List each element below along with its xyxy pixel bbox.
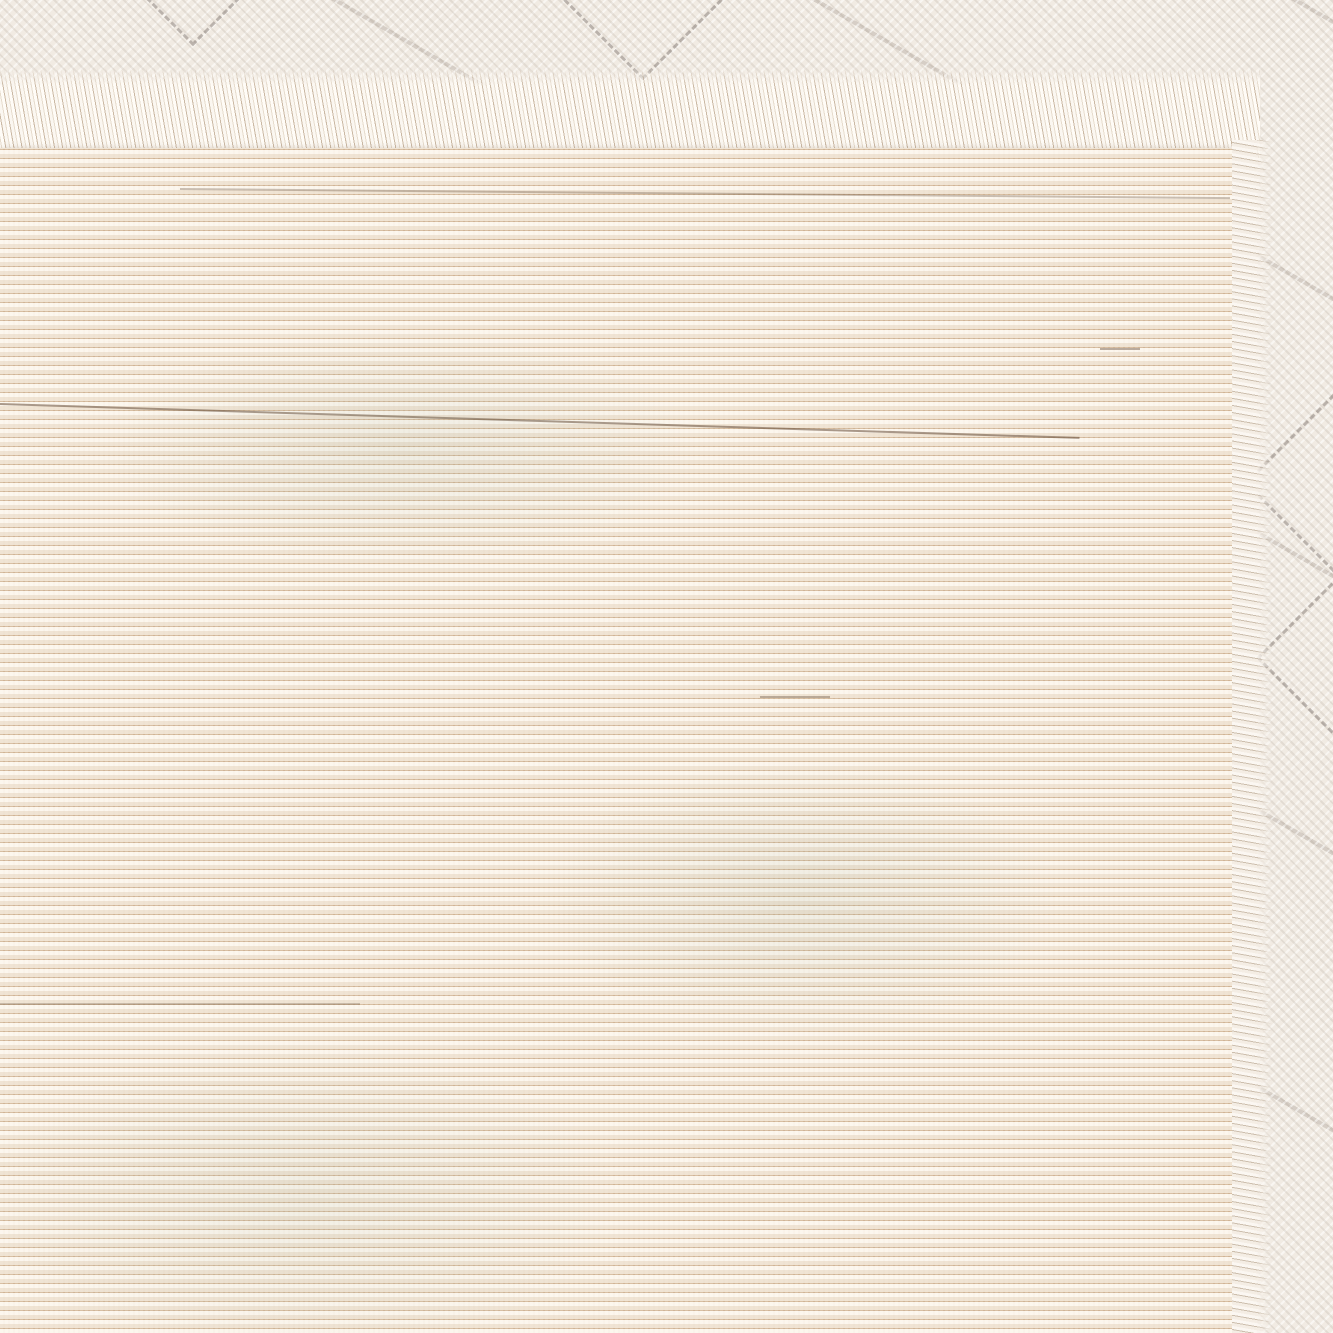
rug-back-panel [0,148,1240,1333]
weave-dark-line [0,403,1079,439]
top-fringe [0,68,1260,158]
pile-diamond-motif [90,0,296,46]
weave-dark-line [0,1003,360,1005]
weave-dark-line [760,696,830,698]
weave-dark-line [1100,348,1140,350]
side-fringe [1232,140,1272,1333]
weave-dark-line [180,188,1230,199]
